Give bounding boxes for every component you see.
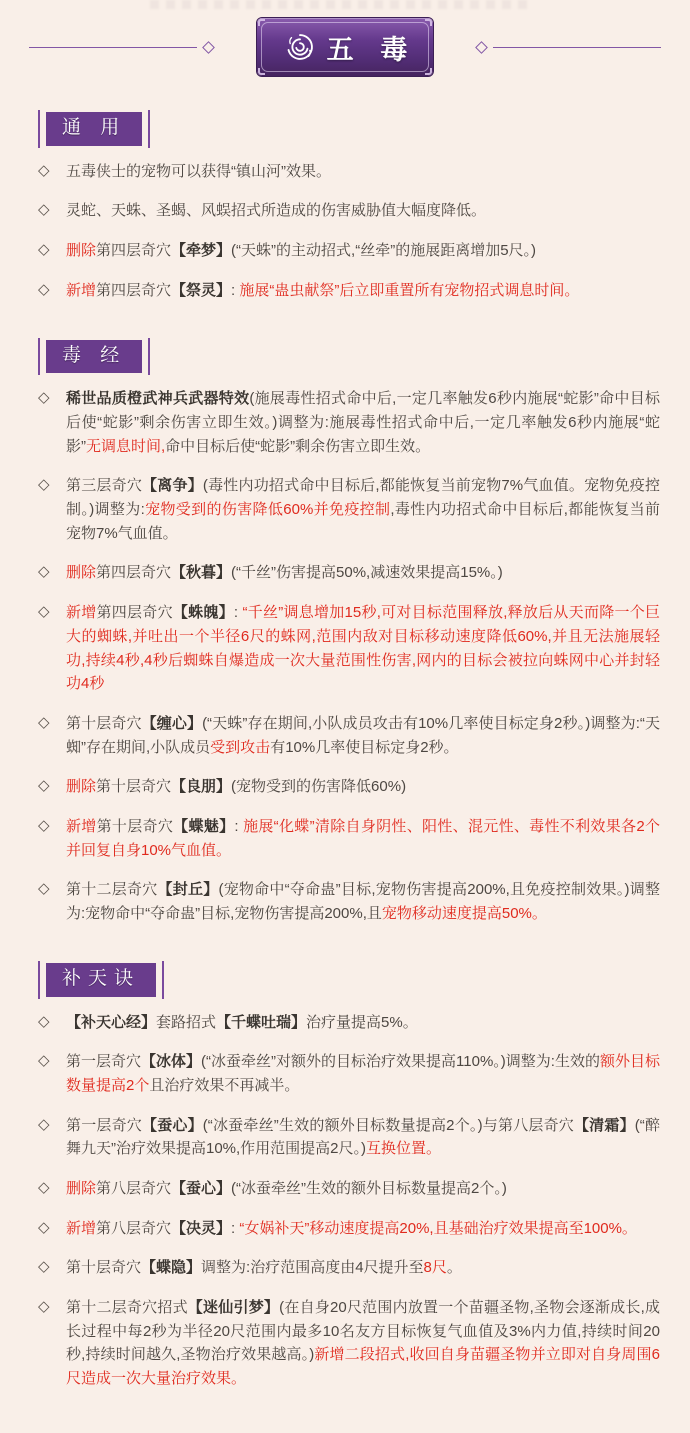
diamond-bullet-icon: ◇ [38,388,50,406]
bullet-text: 灵蛇、天蛛、圣蝎、风蜈招式所造成的伤害威胁值大幅度降低。 [66,199,660,223]
bullet-text: 第三层奇穴【离争】(毒性内功招式命中目标后,都能恢复当前宠物7%气血值。宠物免疫… [66,474,660,545]
section-1: 通 用◇五毒侠士的宠物可以获得“镇山河”效果。◇灵蛇、天蛛、圣蝎、风蜈招式所造成… [38,91,660,303]
diamond-bullet-icon: ◇ [38,879,50,897]
section-title-badge: 通 用 [46,112,142,146]
bullet-item: ◇第十二层奇穴招式【迷仙引梦】(在自身20尺范围内放置一个苗疆圣物,圣物会逐渐成… [38,1296,660,1391]
diamond-bullet-icon: ◇ [38,1178,50,1196]
bullet-item: ◇删除第四层奇穴【牵梦】(“天蛛”的主动招式,“丝牵”的施展距离增加5尺。) [38,239,660,263]
page-header: 五 毒 [0,17,690,77]
diamond-bullet-icon: ◇ [38,240,50,258]
bullet-item: ◇【补天心经】套路招式【千蝶吐瑞】治疗量提高5%。 [38,1011,660,1035]
bullet-text: 新增第十层奇穴【蝶魅】: 施展“化蝶”清除自身阴性、阳性、混元性、毒性不利效果各… [66,815,660,862]
bullet-item: ◇五毒侠士的宠物可以获得“镇山河”效果。 [38,160,660,184]
bullet-text: 删除第八层奇穴【蚕心】(“冰蚕牵丝”生效的额外目标数量提高2个。) [66,1177,660,1201]
bullet-item: ◇新增第八层奇穴【决灵】: “女娲补天”移动速度提高20%,且基础治疗效果提高至… [38,1217,660,1241]
bullet-item: ◇删除第八层奇穴【蚕心】(“冰蚕牵丝”生效的额外目标数量提高2个。) [38,1177,660,1201]
sections: 通 用◇五毒侠士的宠物可以获得“镇山河”效果。◇灵蛇、天蛛、圣蝎、风蜈招式所造成… [0,91,690,1391]
bullet-item: ◇第一层奇穴【冰体】(“冰蚕牵丝”对额外的目标治疗效果提高110%。)调整为:生… [38,1050,660,1097]
diamond-bullet-icon: ◇ [38,602,50,620]
diamond-bullet-icon: ◇ [38,1012,50,1030]
diamond-bullet-icon: ◇ [38,713,50,731]
bullet-item: ◇新增第四层奇穴【祭灵】: 施展“蛊虫献祭”后立即重置所有宠物招式调息时间。 [38,279,660,303]
diamond-bullet-icon: ◇ [38,280,50,298]
divider-line-right [493,47,661,48]
bullet-text: 第十二层奇穴招式【迷仙引梦】(在自身20尺范围内放置一个苗疆圣物,圣物会逐渐成长… [66,1296,660,1391]
section-title-badge: 毒 经 [46,340,142,374]
diamond-bullet-icon: ◇ [38,475,50,493]
bullet-item: ◇新增第十层奇穴【蝶魅】: 施展“化蝶”清除自身阴性、阳性、混元性、毒性不利效果… [38,815,660,862]
bullet-item: ◇删除第四层奇穴【秋暮】(“千丝”伤害提高50%,减速效果提高15%。) [38,561,660,585]
bullet-text: 第十层奇穴【蝶隐】调整为:治疗范围高度由4尺提升至8尺。 [66,1256,660,1280]
bullet-text: 第一层奇穴【冰体】(“冰蚕牵丝”对额外的目标治疗效果提高110%。)调整为:生效… [66,1050,660,1097]
bullet-item: ◇第十二层奇穴【封丘】(宠物命中“夺命蛊”目标,宠物伤害提高200%,且免疫控制… [38,878,660,925]
bullet-item: ◇第十层奇穴【缠心】(“天蛛”存在期间,小队成员攻击有10%几率使目标定身2秒。… [38,712,660,759]
bullet-text: 五毒侠士的宠物可以获得“镇山河”效果。 [66,160,660,184]
diamond-bullet-icon: ◇ [38,1115,50,1133]
divider-line-left [29,47,197,48]
section-title: 毒 经 [62,345,126,366]
page-title: 五 毒 [327,28,418,67]
diamond-bullet-icon: ◇ [38,1257,50,1275]
class-title-plaque: 五 毒 [257,18,433,76]
diamond-bullet-icon: ◇ [38,200,50,218]
bullet-text: 第十层奇穴【缠心】(“天蛛”存在期间,小队成员攻击有10%几率使目标定身2秒。)… [66,712,660,759]
section-title: 通 用 [62,117,126,138]
diamond-ornament-right-icon [475,41,488,54]
bullet-item: ◇第一层奇穴【蚕心】(“冰蚕牵丝”生效的额外目标数量提高2个。)与第八层奇穴【清… [38,1114,660,1161]
section-title: 补天诀 [62,968,140,989]
section-3: 补天诀◇【补天心经】套路招式【千蝶吐瑞】治疗量提高5%。◇第一层奇穴【冰体】(“… [38,942,660,1391]
bullet-text: 新增第四层奇穴【蛛魄】: “千丝”调息增加15秒,可对目标范围释放,释放后从天而… [66,601,660,696]
diamond-bullet-icon: ◇ [38,816,50,834]
bullet-item: ◇新增第四层奇穴【蛛魄】: “千丝”调息增加15秒,可对目标范围释放,释放后从天… [38,601,660,696]
bullet-text: 稀世品质橙武神兵武器特效(施展毒性招式命中后,一定几率触发6秒内施展“蛇影”命中… [66,387,660,458]
bullet-text: 删除第十层奇穴【良朋】(宠物受到的伤害降低60%) [66,775,660,799]
bullet-text: 第一层奇穴【蚕心】(“冰蚕牵丝”生效的额外目标数量提高2个。)与第八层奇穴【清霜… [66,1114,660,1161]
diamond-ornament-left-icon [202,41,215,54]
bullet-text: 【补天心经】套路招式【千蝶吐瑞】治疗量提高5%。 [66,1011,660,1035]
bullet-item: ◇删除第十层奇穴【良朋】(宠物受到的伤害降低60%) [38,775,660,799]
diamond-bullet-icon: ◇ [38,562,50,580]
clipped-previous-line [150,0,530,9]
bullet-text: 新增第四层奇穴【祭灵】: 施展“蛊虫献祭”后立即重置所有宠物招式调息时间。 [66,279,660,303]
section-title-badge: 补天诀 [46,963,156,997]
diamond-bullet-icon: ◇ [38,1297,50,1315]
bullet-text: 第十二层奇穴【封丘】(宠物命中“夺命蛊”目标,宠物伤害提高200%,且免疫控制效… [66,878,660,925]
bullet-item: ◇灵蛇、天蛛、圣蝎、风蜈招式所造成的伤害威胁值大幅度降低。 [38,199,660,223]
bullet-item: ◇第三层奇穴【离争】(毒性内功招式命中目标后,都能恢复当前宠物7%气血值。宠物免… [38,474,660,545]
bullet-item: ◇稀世品质橙武神兵武器特效(施展毒性招式命中后,一定几率触发6秒内施展“蛇影”命… [38,387,660,458]
section-2: 毒 经◇稀世品质橙武神兵武器特效(施展毒性招式命中后,一定几率触发6秒内施展“蛇… [38,319,660,926]
diamond-bullet-icon: ◇ [38,161,50,179]
diamond-bullet-icon: ◇ [38,776,50,794]
diamond-bullet-icon: ◇ [38,1218,50,1236]
bullet-text: 删除第四层奇穴【秋暮】(“千丝”伤害提高50%,减速效果提高15%。) [66,561,660,585]
bullet-item: ◇第十层奇穴【蝶隐】调整为:治疗范围高度由4尺提升至8尺。 [38,1256,660,1280]
bullet-text: 新增第八层奇穴【决灵】: “女娲补天”移动速度提高20%,且基础治疗效果提高至1… [66,1217,660,1241]
diamond-bullet-icon: ◇ [38,1051,50,1069]
bullet-text: 删除第四层奇穴【牵梦】(“天蛛”的主动招式,“丝牵”的施展距离增加5尺。) [66,239,660,263]
school-emblem-swirl-icon [283,30,317,64]
